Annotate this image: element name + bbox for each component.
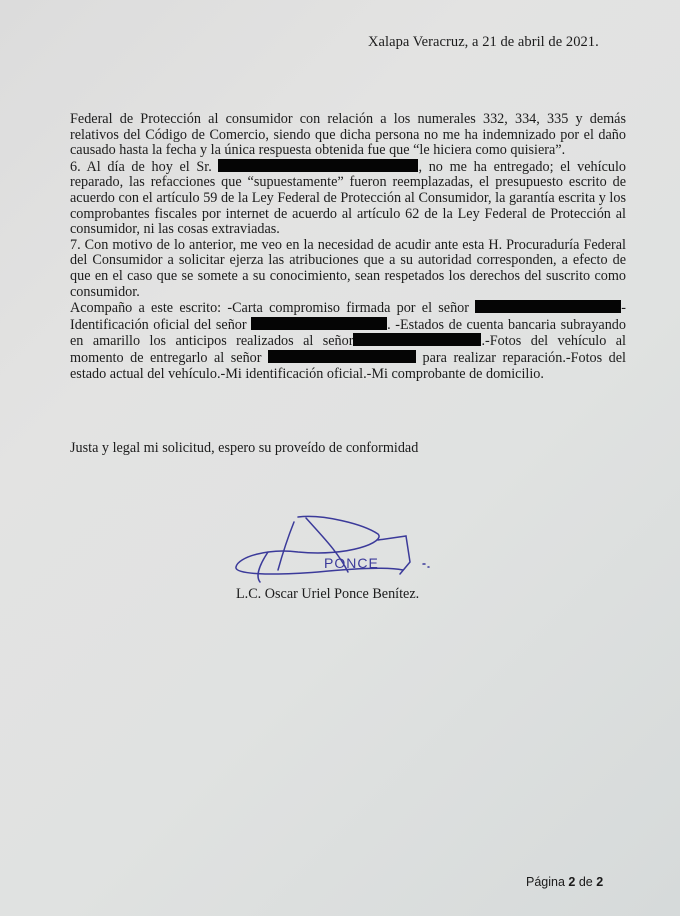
total-pages: 2 bbox=[596, 875, 603, 889]
redacted-name bbox=[268, 350, 416, 363]
document-page: Xalapa Veracruz, a 21 de abril de 2021. … bbox=[0, 0, 680, 916]
page-of: de bbox=[575, 875, 596, 889]
closing-statement: Justa y legal mi solicitud, espero su pr… bbox=[70, 440, 418, 457]
attachments-intro: Acompaño a este escrito: -Carta compromi… bbox=[70, 300, 469, 316]
item-6-start: 6. Al día de hoy el Sr. bbox=[70, 159, 212, 175]
paragraph-item-7: 7. Con motivo de lo anterior, me veo en … bbox=[70, 238, 626, 300]
handwritten-signature: PONCE bbox=[228, 512, 448, 592]
svg-text:PONCE: PONCE bbox=[324, 555, 379, 571]
attachments-dash: - bbox=[621, 300, 626, 316]
redacted-name bbox=[251, 317, 387, 330]
redacted-name bbox=[353, 333, 481, 346]
redacted-name bbox=[218, 159, 418, 172]
date-line: Xalapa Veracruz, a 21 de abril de 2021. bbox=[368, 34, 599, 51]
paragraph-attachments: Acompaño a este escrito: -Carta compromi… bbox=[70, 300, 626, 382]
page-number: Página 2 de 2 bbox=[526, 875, 603, 889]
attachments-id: Identificación oficial del señor bbox=[70, 317, 247, 333]
redacted-name bbox=[475, 300, 621, 313]
signer-name: L.C. Oscar Uriel Ponce Benítez. bbox=[236, 586, 419, 603]
paragraph-consumer-law: Federal de Protección al consumidor con … bbox=[70, 112, 626, 159]
document-body: Federal de Protección al consumidor con … bbox=[70, 112, 626, 382]
paragraph-item-6: 6. Al día de hoy el Sr. , no me ha entre… bbox=[70, 159, 626, 238]
page-label: Página bbox=[526, 875, 568, 889]
